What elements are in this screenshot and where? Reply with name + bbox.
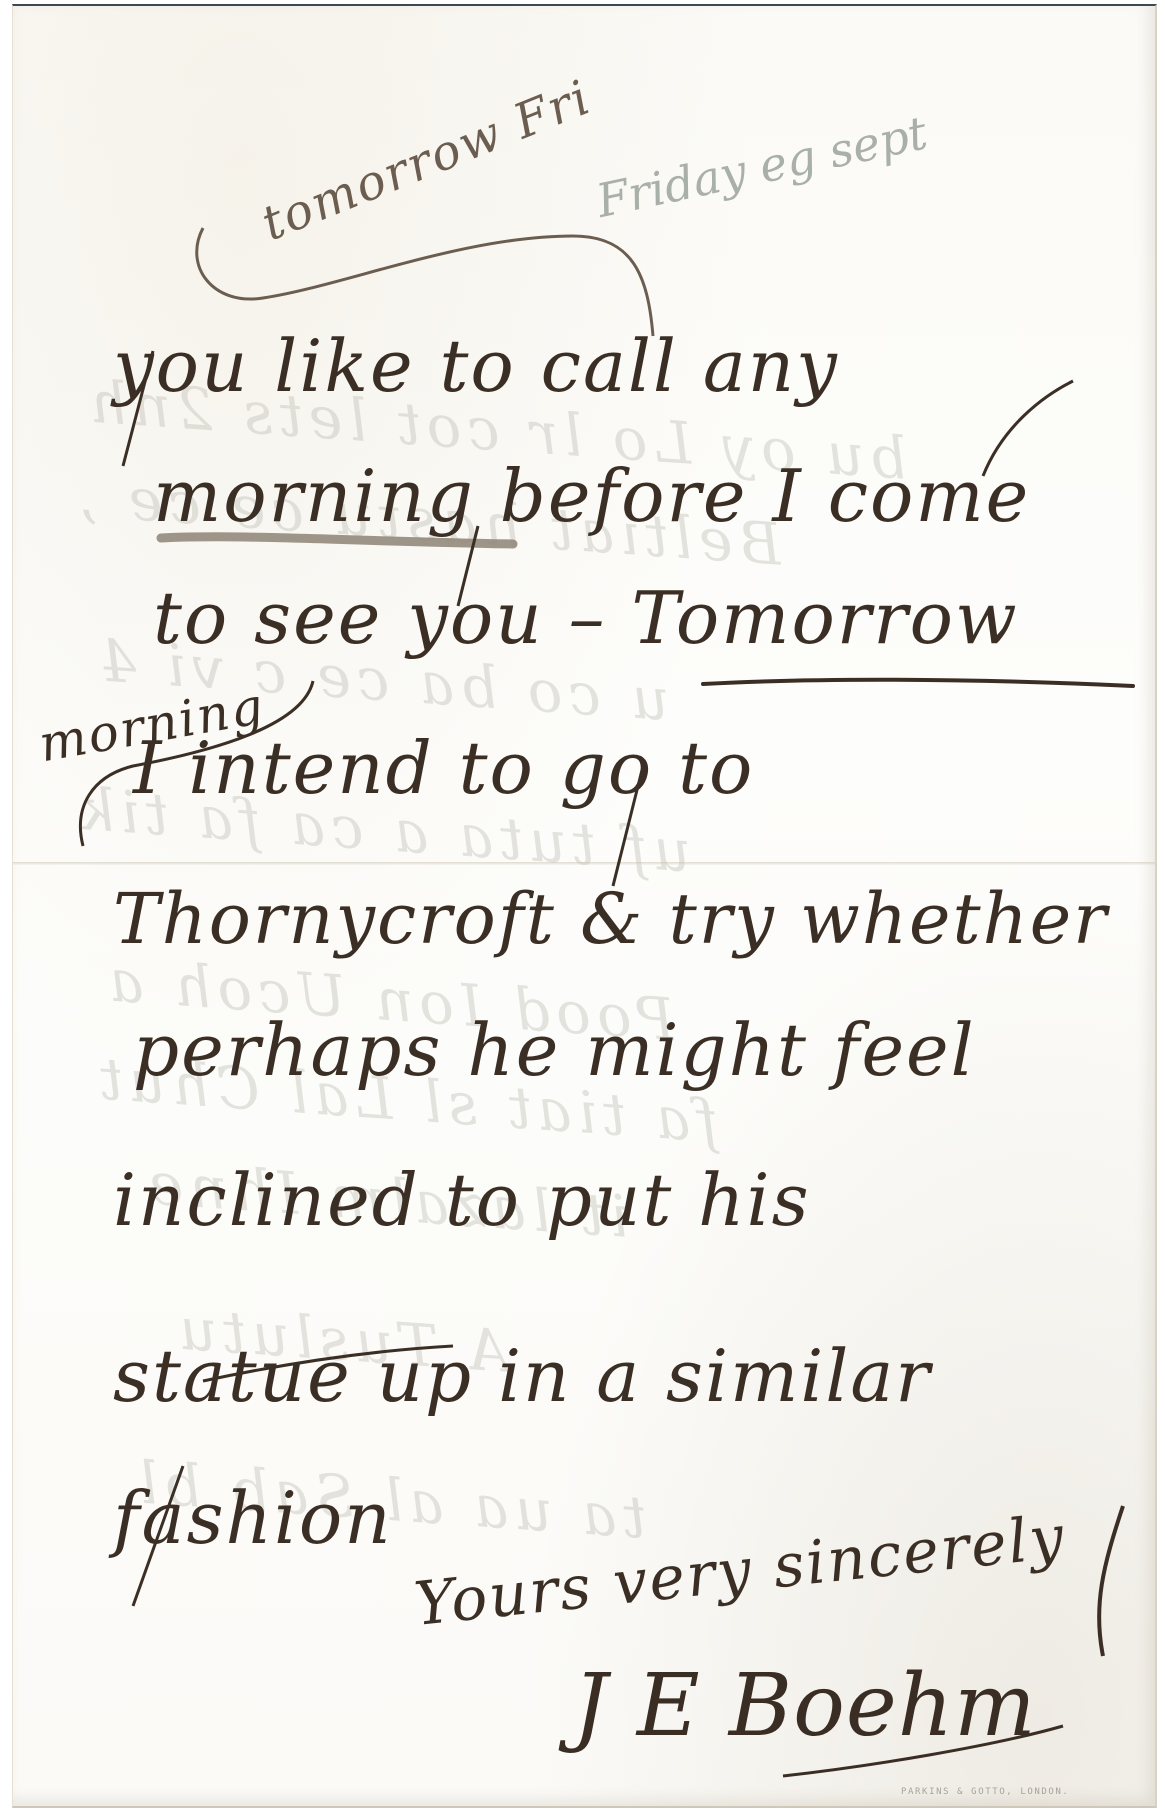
- letter-sheet: bu oy Lo lr cot lets 2nh Beltiat hastu c…: [12, 4, 1157, 1808]
- letter-line: Thornycroft & try whether: [113, 878, 1109, 960]
- letter-line: fashion: [113, 1476, 393, 1560]
- inserted-note-top: tomorrow Fri: [254, 69, 599, 252]
- letter-line: you like to call any: [113, 324, 839, 408]
- pencil-annotation: Friday eg sept: [592, 105, 932, 228]
- letter-line: inclined to put his: [113, 1158, 811, 1242]
- closing-brace: [1099, 1506, 1123, 1656]
- letter-closing: Yours very sincerely: [411, 1502, 1069, 1640]
- signature: J E Boehm: [573, 1656, 1037, 1756]
- letter-line: I intend to go to: [133, 726, 754, 810]
- letter-line: statue up in a similar: [113, 1334, 932, 1418]
- letter-line: to see you – Tomorrow: [153, 576, 1019, 660]
- fold-crease: [13, 862, 1155, 865]
- insertion-bracket-top: [197, 228, 653, 336]
- underline-tomorrow: [703, 680, 1133, 686]
- stationer-mark: PARKINS & GOTTO, LONDON.: [901, 1787, 1069, 1797]
- letter-line: morning before I come: [153, 454, 1030, 538]
- letter-line: perhaps he might feel: [133, 1008, 976, 1092]
